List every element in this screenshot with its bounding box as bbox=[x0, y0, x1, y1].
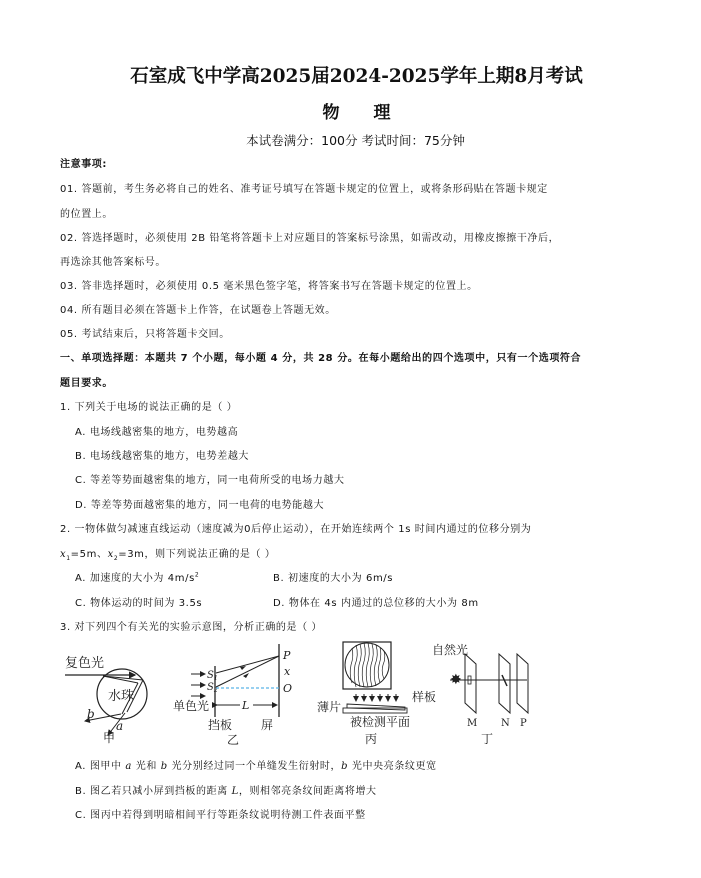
label-M: M bbox=[467, 718, 477, 729]
label-N: N bbox=[501, 718, 510, 729]
label-screen: 屏 bbox=[261, 718, 273, 732]
label-s1: S1 bbox=[207, 670, 218, 682]
exam-title: 石室成飞中学高2025届2024-2025学年上期8月考试 bbox=[0, 62, 701, 88]
option-text: C. 图丙中若得到明暗相间平行等距条纹说明待测工件表面平整 bbox=[75, 810, 366, 821]
question-3-option-a: A. 图甲中 a 光和 b 光分别经过同一个单缝发生衍射时，b 光中央亮条纹更宽 bbox=[75, 757, 437, 772]
question-2-option-d: D. 物体在 4s 内通过的总位移的大小为 8m bbox=[273, 594, 479, 609]
exam-meta: 本试卷满分：100分 考试时间：75分钟 bbox=[0, 131, 701, 149]
caption-yi: 乙 bbox=[227, 733, 239, 746]
subject-title: 物 理 bbox=[0, 98, 701, 123]
option-text: 光分别经过同一个单缝发生衍射时， bbox=[168, 761, 341, 772]
option-text: A. 图甲中 bbox=[75, 761, 125, 772]
stem-rest: =3m，则下列说法正确的是（ ） bbox=[118, 549, 275, 560]
option-a-sup: 2 bbox=[195, 572, 199, 579]
notice-heading: 注意事项: bbox=[60, 155, 107, 170]
label-composite-light: 复色光 bbox=[65, 655, 104, 671]
label-O: O bbox=[283, 682, 292, 695]
option-a-text: A. 加速度的大小为 4m/s bbox=[75, 573, 195, 584]
figure-jia: 复色光 水珠 b a 甲 bbox=[65, 655, 147, 745]
caption-bing: 丙 bbox=[365, 732, 377, 746]
question-1-option-c: C. 等差等势面越密集的地方，同一电荷所受的电场力越大 bbox=[75, 471, 345, 486]
question-3-option-c: C. 图丙中若得到明暗相间平行等距条纹说明待测工件表面平整 bbox=[75, 806, 366, 821]
notice-item-5: 05. 考试结束后，只将答题卡交回。 bbox=[60, 325, 230, 340]
label-L: L bbox=[241, 699, 249, 712]
section-heading: 一、单项选择题：本题共 7 个小题，每小题 4 分，共 28 分。在每小题给出的… bbox=[60, 349, 581, 364]
label-thin-sheet: 薄片 bbox=[317, 699, 341, 714]
option-text: ，则相邻亮条纹间距离将增大 bbox=[239, 786, 377, 797]
optics-figures: 复色光 水珠 b a 甲 S1 S2 L 单色光 P x O 挡板 屏 bbox=[55, 638, 575, 746]
question-2-option-a: A. 加速度的大小为 4m/s2 bbox=[75, 569, 199, 584]
question-2-stem: 2. 一物体做匀减速直线运动（速度减为0后停止运动），在开始连续两个 1s 时间… bbox=[60, 520, 531, 535]
label-test-surface: 被检测平面 bbox=[350, 714, 410, 729]
question-2-option-c: C. 物体运动的时间为 3.5s bbox=[75, 594, 202, 609]
label-ray-b: b bbox=[87, 707, 95, 721]
notice-item-1: 01. 答题前，考生务必将自己的姓名、准考证号填写在答题卡规定的位置上，或将条形… bbox=[60, 180, 548, 195]
section-heading-cont: 题目要求。 bbox=[60, 374, 113, 389]
label-x: x bbox=[284, 665, 291, 678]
option-text: 光和 bbox=[132, 761, 161, 772]
question-3-stem: 3. 对下列四个有关光的实验示意图，分析正确的是（ ） bbox=[60, 618, 322, 633]
question-1-option-a: A. 电场线越密集的地方，电势越高 bbox=[75, 423, 238, 438]
var-b: b bbox=[161, 761, 168, 772]
question-2-stem-cont: x1=5m、x2=3m，则下列说法正确的是（ ） bbox=[60, 545, 276, 562]
notice-item-2: 02. 答选择题时，必须使用 2B 铅笔将答题卡上对应题目的答案标号涂黑，如需改… bbox=[60, 229, 559, 244]
stem-mid: =5m、 bbox=[71, 549, 108, 560]
label-sample-plate: 样板 bbox=[412, 689, 436, 704]
notice-item-4: 04. 所有题目必须在答题卡上作答，在试题卷上答题无效。 bbox=[60, 301, 336, 316]
question-1-stem: 1. 下列关于电场的说法正确的是（ ） bbox=[60, 398, 237, 413]
notice-item-1-cont: 的位置上。 bbox=[60, 205, 113, 220]
question-3-option-b: B. 图乙若只减小屏到挡板的距离 L，则相邻亮条纹间距离将增大 bbox=[75, 782, 377, 797]
notice-item-3: 03. 答非选择题时，必须使用 0.5 毫米黑色签字笔，将答案书写在答题卡规定的… bbox=[60, 277, 478, 292]
question-2-option-b: B. 初速度的大小为 6m/s bbox=[273, 569, 393, 584]
label-natural-light: 自然光 bbox=[432, 642, 468, 657]
label-P: P bbox=[282, 649, 291, 662]
figure-bing: 样板 薄片 被检测平面 丙 bbox=[317, 642, 436, 746]
question-1-option-b: B. 电场线越密集的地方，电势差越大 bbox=[75, 447, 249, 462]
figure-ding: 自然光 ✸ M N P 丁 bbox=[432, 642, 528, 746]
label-P-polarizer: P bbox=[520, 718, 527, 729]
option-text: 光中央亮条纹更宽 bbox=[348, 761, 437, 772]
figure-yi: S1 S2 L 单色光 P x O 挡板 屏 乙 bbox=[173, 644, 292, 746]
label-barrier: 挡板 bbox=[208, 717, 232, 732]
label-mono-light: 单色光 bbox=[173, 698, 209, 713]
label-water-drop: 水珠 bbox=[108, 688, 134, 704]
caption-jia: 甲 bbox=[103, 731, 115, 745]
label-ray-a: a bbox=[116, 719, 123, 733]
option-text: B. 图乙若只减小屏到挡板的距离 bbox=[75, 786, 232, 797]
notice-item-2-cont: 再选涂其他答案标号。 bbox=[60, 253, 166, 268]
var-L: L bbox=[232, 786, 239, 797]
caption-ding: 丁 bbox=[481, 732, 493, 746]
question-1-option-d: D. 等差等势面越密集的地方，同一电荷的电势能越大 bbox=[75, 496, 324, 511]
